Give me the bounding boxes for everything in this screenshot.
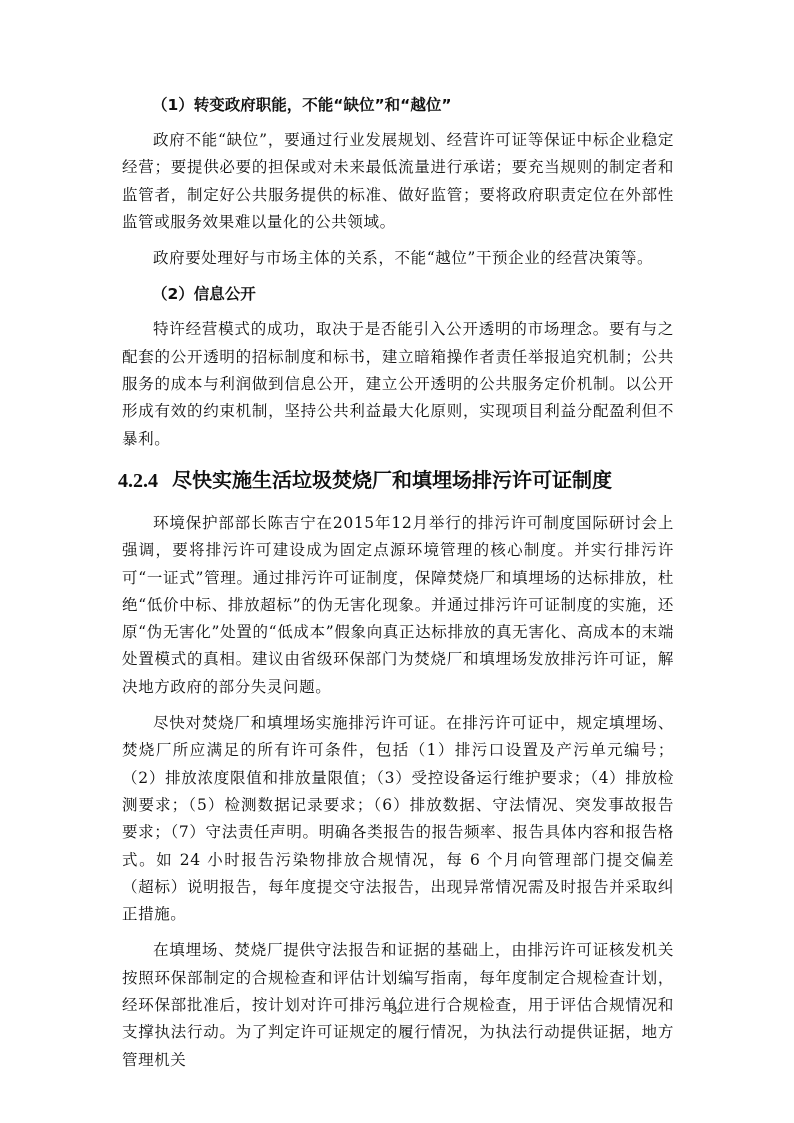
- paragraph-franchise-transparency: 特许经营模式的成功，取决于是否能引入公开透明的市场理念。要有与之配套的公开透明的…: [122, 316, 674, 452]
- subheading-information-disclosure: （2）信息公开: [122, 281, 674, 308]
- paragraph-permit-conditions: 尽快对焚烧厂和填埋场实施排污许可证。在排污许可证中，规定填埋场、焚烧厂所应满足的…: [122, 710, 674, 928]
- paragraph-no-overstep: 政府要处理好与市场主体的关系，不能“越位”干预企业的经营决策等。: [122, 245, 674, 272]
- page-content: （1）转变政府职能，不能“缺位”和“越位” 政府不能“缺位”，要通过行业发展规划…: [122, 92, 674, 1083]
- section-title: 尽快实施生活垃圾焚烧厂和填埋场排污许可证制度: [172, 468, 612, 492]
- section-number: 4.2.4: [118, 470, 158, 492]
- section-heading-4-2-4: 4.2.4尽快实施生活垃圾焚烧厂和填埋场排污许可证制度: [118, 465, 674, 496]
- paragraph-no-absence: 政府不能“缺位”，要通过行业发展规划、经营许可证等保证中标企业稳定经营；要提供必…: [122, 127, 674, 236]
- page-number: 34: [0, 1005, 794, 1017]
- subheading-government-functions: （1）转变政府职能，不能“缺位”和“越位”: [122, 92, 674, 119]
- paragraph-permit-core-system: 环境保护部部长陈吉宁在2015年12月举行的排污许可制度国际研讨会上强调，要将排…: [122, 510, 674, 701]
- document-page: （1）转变政府职能，不能“缺位”和“越位” 政府不能“缺位”，要通过行业发展规划…: [0, 0, 794, 1123]
